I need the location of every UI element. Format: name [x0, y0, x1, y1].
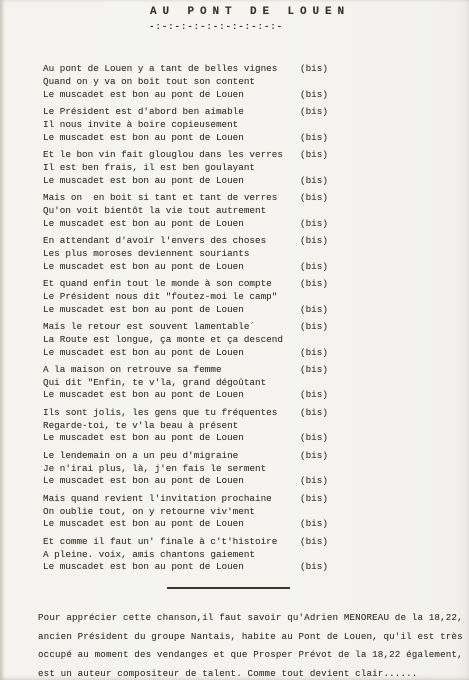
- bis-marker: (bis): [300, 89, 328, 102]
- bis-marker: (bis): [300, 475, 328, 488]
- lyric-line: Le muscadet est bon au pont de Louen(bis…: [43, 89, 469, 102]
- lyric-text: Il nous invite à boire copieusement: [43, 119, 238, 130]
- lyric-text: Et quand enfin tout le monde à son compt…: [43, 278, 272, 289]
- footer-line: est un auteur compositeur de talent. Com…: [38, 665, 461, 680]
- lyric-line: Et comme il faut un' finale à c't'histoi…: [43, 536, 469, 549]
- lyric-text: Mais quand revient l'invitation prochain…: [43, 493, 272, 504]
- lyric-text: On oublie tout, on y retourne viv'ment: [43, 506, 255, 517]
- lyric-text: Le muscadet est bon au pont de Louen: [43, 432, 244, 443]
- lyric-line: En attendant d'avoir l'envers des choses…: [43, 235, 469, 248]
- stanza: Le Président est d'abord ben aimable(bis…: [43, 106, 469, 144]
- lyric-line: Je n'irai plus, là, j'en fais le serment: [43, 463, 469, 476]
- bis-marker: (bis): [300, 218, 328, 231]
- lyric-line: Et quand enfin tout le monde à son compt…: [43, 278, 469, 291]
- lyric-text: Et le bon vin fait glouglou dans les ver…: [43, 149, 283, 160]
- lyric-text: Le muscadet est bon au pont de Louen: [43, 347, 244, 358]
- lyric-line: Au pont de Louen y a tant de belles vign…: [43, 63, 469, 76]
- footer-line: Pour apprécier cette chanson,il faut sav…: [38, 609, 461, 628]
- lyric-line: Le Président nous dit "foutez-moi le cam…: [43, 291, 469, 304]
- lyric-line: Le muscadet est bon au pont de Louen(bis…: [43, 261, 469, 274]
- lyric-text: Le muscadet est bon au pont de Louen: [43, 175, 244, 186]
- bis-marker: (bis): [300, 132, 328, 145]
- stanza-list: Au pont de Louen y a tant de belles vign…: [43, 63, 469, 579]
- lyric-line: Et le bon vin fait glouglou dans les ver…: [43, 149, 469, 162]
- bis-marker: (bis): [300, 175, 328, 188]
- lyric-text: Et comme il faut un' finale à c't'histoi…: [43, 536, 277, 547]
- stanza: En attendant d'avoir l'envers des choses…: [43, 235, 469, 273]
- stanza: Mais quand revient l'invitation prochain…: [43, 493, 469, 531]
- lyric-line: Le muscadet est bon au pont de Louen(bis…: [43, 304, 469, 317]
- stanza: Mais le retour est souvent lamentable´(b…: [43, 321, 469, 359]
- bis-marker: (bis): [300, 518, 328, 531]
- lyric-text: Le muscadet est bon au pont de Louen: [43, 89, 244, 100]
- title-underline-ornament: -:-:-:-:-:-:-:-:-:-:-: [149, 21, 283, 32]
- lyric-text: Le muscadet est bon au pont de Louen: [43, 304, 244, 315]
- lyric-text: Le muscadet est bon au pont de Louen: [43, 261, 244, 272]
- bis-marker: (bis): [300, 149, 328, 162]
- bis-marker: (bis): [300, 450, 328, 463]
- lyric-text: Le muscadet est bon au pont de Louen: [43, 132, 244, 143]
- lyric-line: Il nous invite à boire copieusement: [43, 119, 469, 132]
- lyric-text: Je n'irai plus, là, j'en fais le serment: [43, 463, 266, 474]
- lyric-text: Mais le retour est souvent lamentable´: [43, 321, 255, 332]
- lyric-line: Le muscadet est bon au pont de Louen(bis…: [43, 475, 469, 488]
- lyric-line: A pleine. voix, amis chantons gaiement: [43, 549, 469, 562]
- scanned-song-sheet: AU PONT DE LOUEN -:-:-:-:-:-:-:-:-:-:- A…: [0, 0, 469, 680]
- stanza: Et le bon vin fait glouglou dans les ver…: [43, 149, 469, 187]
- lyric-line: Les plus moroses deviennent souriants: [43, 248, 469, 261]
- lyric-line: Le lendemain on a un peu d'migraine(bis): [43, 450, 469, 463]
- lyric-text: Regarde-toi, te v'la beau à présent: [43, 420, 238, 431]
- page-title: AU PONT DE LOUEN: [150, 6, 350, 18]
- lyric-line: Le muscadet est bon au pont de Louen(bis…: [43, 218, 469, 231]
- lyric-line: Le Président est d'abord ben aimable(bis…: [43, 106, 469, 119]
- lyric-text: A pleine. voix, amis chantons gaiement: [43, 549, 255, 560]
- bis-marker: (bis): [300, 106, 328, 119]
- lyric-text: Le Président nous dit "foutez-moi le cam…: [43, 291, 277, 302]
- stanza: Et quand enfin tout le monde à son compt…: [43, 278, 469, 316]
- stanza: Et comme il faut un' finale à c't'histoi…: [43, 536, 469, 574]
- lyric-line: Regarde-toi, te v'la beau à présent: [43, 420, 469, 433]
- bis-marker: (bis): [300, 432, 328, 445]
- bis-marker: (bis): [300, 261, 328, 274]
- lyric-line: Qu'on voit bientôt la vie tout autrement: [43, 205, 469, 218]
- stanza: Le lendemain on a un peu d'migraine(bis)…: [43, 450, 469, 488]
- lyric-line: Quand on y va on boit tout son content: [43, 76, 469, 89]
- lyric-text: Le muscadet est bon au pont de Louen: [43, 561, 244, 572]
- stanza: Mais on en boit si tant et tant de verre…: [43, 192, 469, 230]
- lyric-text: Le muscadet est bon au pont de Louen: [43, 389, 244, 400]
- bis-marker: (bis): [300, 364, 328, 377]
- lyric-text: Les plus moroses deviennent souriants: [43, 248, 249, 259]
- lyric-line: Le muscadet est bon au pont de Louen(bis…: [43, 432, 469, 445]
- lyric-line: Il est ben frais, il est ben goulayant: [43, 162, 469, 175]
- lyric-text: Au pont de Louen y a tant de belles vign…: [43, 63, 277, 74]
- lyric-line: Mais quand revient l'invitation prochain…: [43, 493, 469, 506]
- bis-marker: (bis): [300, 389, 328, 402]
- bis-marker: (bis): [300, 493, 328, 506]
- lyric-text: En attendant d'avoir l'envers des choses: [43, 235, 266, 246]
- footer-line: ancien Président du groupe Nantais, habi…: [38, 628, 461, 647]
- lyric-line: On oublie tout, on y retourne viv'ment: [43, 506, 469, 519]
- lyric-text: Le muscadet est bon au pont de Louen: [43, 218, 244, 229]
- footer-separator-line: [167, 587, 290, 589]
- lyric-line: Ils sont jolis, les gens que tu fréquent…: [43, 407, 469, 420]
- bis-marker: (bis): [300, 63, 328, 76]
- lyric-line: Mais on en boit si tant et tant de verre…: [43, 192, 469, 205]
- stanza: Ils sont jolis, les gens que tu fréquent…: [43, 407, 469, 445]
- stanza: A la maison on retrouve sa femme(bis)Qui…: [43, 364, 469, 402]
- lyric-text: Le Président est d'abord ben aimable: [43, 106, 244, 117]
- lyric-line: Le muscadet est bon au pont de Louen(bis…: [43, 389, 469, 402]
- lyric-text: Le muscadet est bon au pont de Louen: [43, 475, 244, 486]
- lyric-line: Le muscadet est bon au pont de Louen(bis…: [43, 518, 469, 531]
- bis-marker: (bis): [300, 321, 328, 334]
- lyric-line: La Route est longue, ça monte et ça desc…: [43, 334, 469, 347]
- bis-marker: (bis): [300, 235, 328, 248]
- lyric-text: Ils sont jolis, les gens que tu fréquent…: [43, 407, 277, 418]
- lyric-line: Le muscadet est bon au pont de Louen(bis…: [43, 347, 469, 360]
- lyric-text: Il est ben frais, il est ben goulayant: [43, 162, 255, 173]
- lyric-text: Qu'on voit bientôt la vie tout autrement: [43, 205, 266, 216]
- footer-note: Pour apprécier cette chanson,il faut sav…: [38, 609, 461, 680]
- lyric-text: A la maison on retrouve sa femme: [43, 364, 222, 375]
- lyric-line: Le muscadet est bon au pont de Louen(bis…: [43, 132, 469, 145]
- bis-marker: (bis): [300, 278, 328, 291]
- stanza: Au pont de Louen y a tant de belles vign…: [43, 63, 469, 101]
- lyric-line: Qui dit "Enfin, te v'la, grand dégoûtant: [43, 377, 469, 390]
- bis-marker: (bis): [300, 536, 328, 549]
- bis-marker: (bis): [300, 304, 328, 317]
- bis-marker: (bis): [300, 347, 328, 360]
- footer-line: occupé au moment des vendanges et que Pr…: [38, 646, 461, 665]
- lyric-line: Mais le retour est souvent lamentable´(b…: [43, 321, 469, 334]
- lyric-line: Le muscadet est bon au pont de Louen(bis…: [43, 175, 469, 188]
- bis-marker: (bis): [300, 407, 328, 420]
- lyric-text: La Route est longue, ça monte et ça desc…: [43, 334, 283, 345]
- lyric-text: Le lendemain on a un peu d'migraine: [43, 450, 238, 461]
- lyric-line: A la maison on retrouve sa femme(bis): [43, 364, 469, 377]
- bis-marker: (bis): [300, 561, 328, 574]
- lyric-line: Le muscadet est bon au pont de Louen(bis…: [43, 561, 469, 574]
- lyric-text: Qui dit "Enfin, te v'la, grand dégoûtant: [43, 377, 266, 388]
- lyric-text: Quand on y va on boit tout son content: [43, 76, 255, 87]
- lyric-text: Mais on en boit si tant et tant de verre…: [43, 192, 277, 203]
- bis-marker: (bis): [300, 192, 328, 205]
- lyric-text: Le muscadet est bon au pont de Louen: [43, 518, 244, 529]
